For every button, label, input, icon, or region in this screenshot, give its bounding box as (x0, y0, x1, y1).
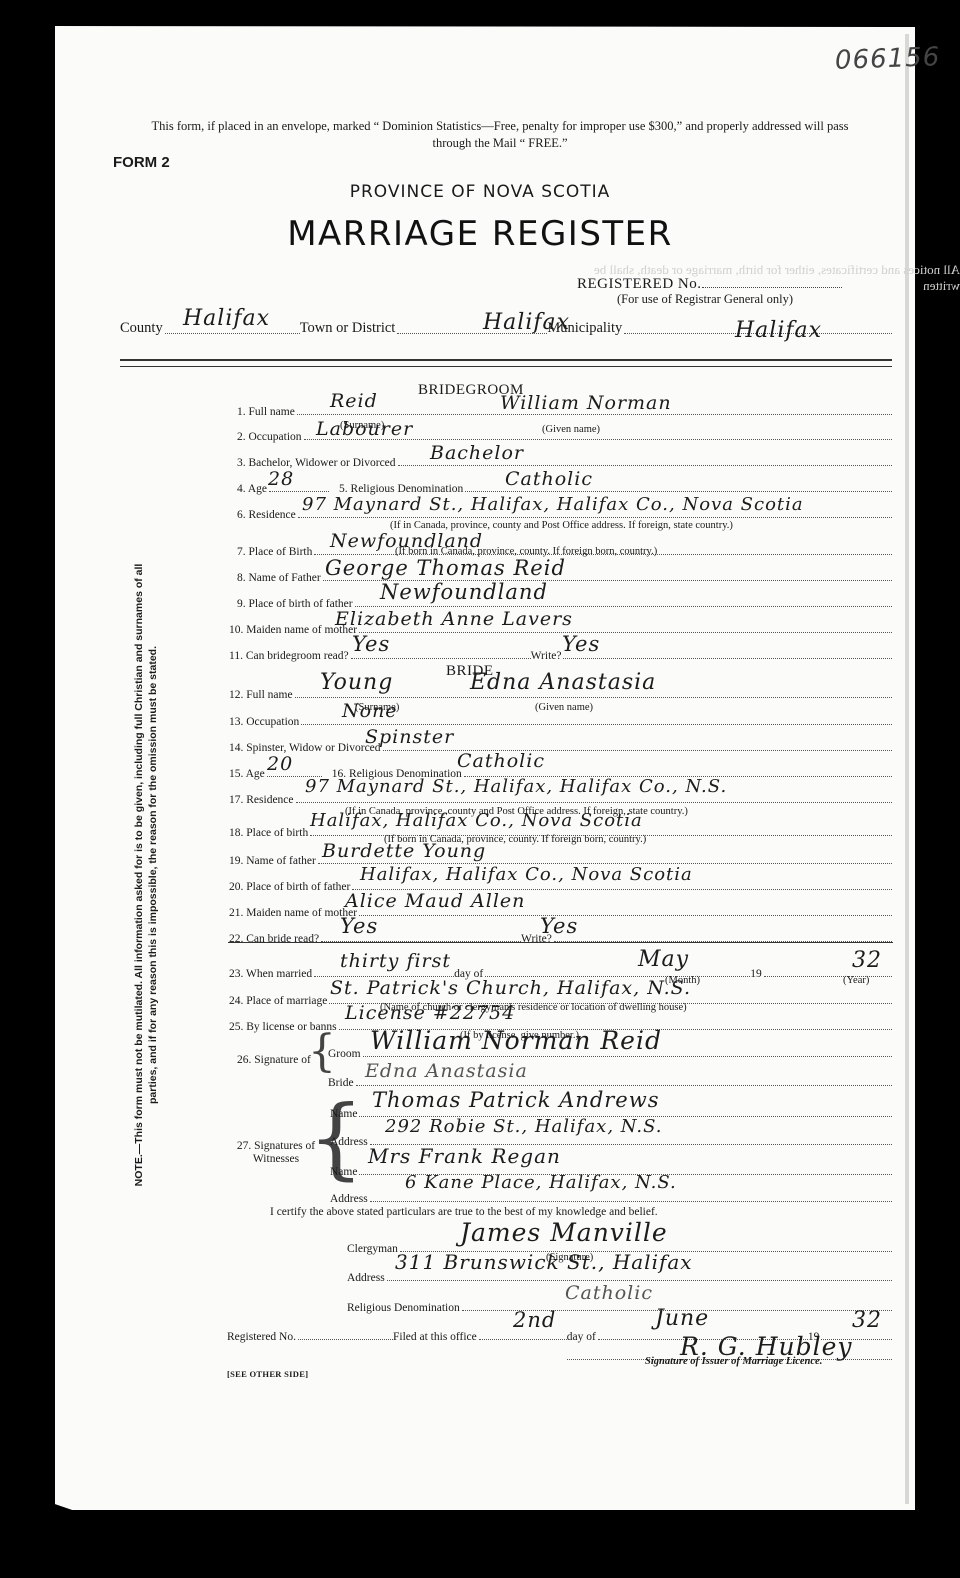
field-label: 15. Age (229, 768, 267, 780)
double-rule (120, 359, 892, 367)
clergyman-signature-value: James Manville (460, 1218, 668, 1247)
filed-day-blank[interactable] (479, 1338, 567, 1340)
groom-residence-blank[interactable] (298, 516, 892, 518)
place-of-marriage-value: St. Patrick's Church, Halifax, N.S. (330, 977, 691, 999)
bride-mother-blank[interactable] (359, 914, 892, 916)
registered-number-blank[interactable] (702, 287, 842, 288)
bride-marital-value: Spinster (365, 726, 454, 748)
groom-read-value: Yes (352, 632, 390, 656)
registered-no-blank[interactable] (298, 1338, 393, 1340)
groom-label: Groom (328, 1048, 363, 1060)
page-edge (905, 34, 909, 1504)
bride-surname-value: Young (320, 670, 393, 695)
field-label: 20. Place of birth of father (229, 881, 352, 893)
address-label: Address (330, 1193, 370, 1205)
witness-1-name-value: Thomas Patrick Andrews (372, 1088, 659, 1112)
registered-no-label: Registered No. (227, 1331, 298, 1343)
groom-signature-value: William Norman Reid (370, 1026, 662, 1055)
bride-father-value: Burdette Young (322, 840, 486, 862)
groom-residence-value: 97 Maynard St., Halifax, Halifax Co., No… (302, 494, 804, 515)
field-label: 8. Name of Father (237, 572, 323, 584)
groom-religion-value: Catholic (505, 468, 593, 490)
clergyman-address-blank[interactable] (387, 1279, 892, 1281)
town-value: Halifax (483, 310, 570, 335)
year-blank[interactable] (764, 975, 892, 977)
town-label: Town or District (300, 320, 398, 337)
name-label: Name (330, 1166, 359, 1178)
field-label: 22. Can bride read? (229, 933, 321, 945)
groom-occupation-value: Labourer (316, 418, 413, 440)
bride-occupation-row: 13. Occupation (229, 716, 892, 728)
clergyman-religion-value: Catholic (565, 1282, 653, 1304)
field-label: 12. Full name (229, 689, 295, 701)
marriage-day-value: thirty first (340, 950, 451, 972)
groom-father-birthplace-blank[interactable] (355, 605, 892, 607)
filed-year-value: 32 (852, 1308, 882, 1333)
filed-day-value: 2nd (513, 1308, 556, 1332)
bride-birthplace-value: Halifax, Halifax Co., Nova Scotia (310, 810, 643, 831)
field-label: 14. Spinster, Widow or Divorced (229, 742, 383, 754)
filed-label: Filed at this office (393, 1331, 479, 1343)
marriage-year-value: 32 (852, 948, 882, 973)
county-value: Halifax (183, 306, 270, 331)
field-label: 4. Age (237, 483, 269, 495)
bride-religion-value: Catholic (457, 750, 545, 772)
witness-2-address-value: 6 Kane Place, Halifax, N.S. (405, 1172, 677, 1193)
county-label: County (120, 320, 165, 337)
witnesses-label: 27. Signatures of Witnesses (236, 1140, 316, 1166)
see-other-side-note: [SEE OTHER SIDE] (227, 1369, 308, 1379)
section-rule (228, 942, 893, 943)
bride-occupation-value: None (342, 700, 398, 722)
witness-2-name-value: Mrs Frank Regan (368, 1144, 561, 1168)
clergyman-label: Clergyman (347, 1243, 400, 1255)
bride-residence-blank[interactable] (296, 801, 892, 803)
bride-age-value: 20 (267, 753, 293, 775)
groom-write-value: Yes (562, 632, 600, 656)
groom-write-blank[interactable] (563, 657, 892, 659)
field-label: 17. Residence (229, 794, 296, 806)
groom-marital-value: Bachelor (430, 442, 524, 464)
witness-2-address-row: Address (330, 1193, 892, 1205)
side-note: NOTE.—This form must not be mutilated. A… (132, 560, 160, 1190)
marriage-month-value: May (638, 947, 689, 972)
witness-2-address-blank[interactable] (370, 1200, 892, 1202)
field-label: 6. Residence (237, 509, 298, 521)
field-label: 19. Name of father (229, 855, 318, 867)
registered-number-label: REGISTERED No. (577, 276, 702, 292)
groom-father-value: George Thomas Reid (325, 556, 566, 580)
province-heading: PROVINCE OF NOVA SCOTIA (0, 182, 960, 202)
groom-religion-blank[interactable] (465, 490, 892, 492)
bride-marital-row: 14. Spinster, Widow or Divorced (229, 742, 892, 754)
year-prefix: 19 (750, 968, 764, 980)
registered-number-field: REGISTERED No. (577, 276, 842, 293)
groom-age-value: 28 (268, 468, 294, 490)
bride-mother-value: Alice Maud Allen (345, 890, 525, 912)
groom-mother-blank[interactable] (359, 631, 892, 633)
groom-given-name-value: William Norman (500, 392, 672, 414)
religion-label: Religious Denomination (347, 1302, 462, 1314)
bride-write-value: Yes (540, 914, 578, 938)
document-title: MARRIAGE REGISTER (0, 214, 960, 254)
field-label: 13. Occupation (229, 716, 301, 728)
bride-occupation-blank[interactable] (301, 723, 892, 725)
field-label: 24. Place of marriage (229, 995, 329, 1007)
bride-read-value: Yes (340, 914, 378, 938)
address-label: Address (347, 1272, 387, 1284)
field-label: Write? (531, 650, 564, 662)
groom-age-blank[interactable] (269, 490, 329, 492)
bride-residence-value: 97 Maynard St., Halifax, Halifax Co., N.… (305, 776, 727, 797)
groom-signature-blank[interactable] (363, 1055, 892, 1057)
field-label: 3. Bachelor, Widower or Divorced (237, 457, 398, 469)
bride-given-name-value: Edna Anastasia (470, 670, 656, 695)
field-label: 7. Place of Birth (237, 546, 314, 558)
bride-signature-value: Edna Anastasia (365, 1060, 528, 1082)
county-blank[interactable] (165, 332, 300, 334)
municipality-value: Halifax (735, 318, 822, 343)
certification-statement: I certify the above stated particulars a… (270, 1206, 658, 1218)
given-name-hint: (Given name) (535, 702, 593, 713)
name-label: Name (330, 1108, 359, 1120)
groom-mother-value: Elizabeth Anne Lavers (335, 608, 573, 630)
page-id-number: 066156 (835, 42, 941, 76)
license-value: License #22754 (345, 1002, 515, 1024)
year-hint: (Year) (843, 975, 869, 986)
filed-month-value: June (655, 1306, 709, 1331)
groom-surname-value: Reid (330, 390, 378, 412)
groom-marital-blank[interactable] (398, 464, 892, 466)
mail-notice: This form, if placed in an envelope, mar… (150, 118, 850, 152)
issuer-signature-label: Signature of Issuer of Marriage Licence. (645, 1356, 822, 1367)
groom-literacy-row: 11. Can bridegroom read? Write? (229, 650, 892, 662)
field-label: 1. Full name (237, 406, 297, 418)
bride-father-birthplace-value: Halifax, Halifax Co., Nova Scotia (360, 864, 693, 885)
form-number: FORM 2 (113, 154, 170, 171)
bride-signature-blank[interactable] (356, 1084, 892, 1086)
registered-number-note: (For use of Registrar General only) (617, 292, 793, 307)
groom-father-birthplace-value: Newfoundland (380, 580, 548, 604)
field-label: 11. Can bridegroom read? (229, 650, 351, 662)
field-label: 23. When married (229, 968, 314, 980)
side-note-text: NOTE.—This form must not be mutilated. A… (133, 564, 159, 1187)
witness-1-address-value: 292 Robie St., Halifax, N.S. (385, 1116, 663, 1137)
bride-full-name-blank[interactable] (295, 696, 892, 698)
address-label: Address (330, 1136, 370, 1148)
field-label: 18. Place of birth (229, 827, 310, 839)
clergyman-address-value: 311 Brunswick St., Halifax (395, 1250, 693, 1274)
signature-of-label: 26. Signature of (237, 1054, 311, 1066)
field-label: 2. Occupation (237, 431, 304, 443)
day-of-label: day of (567, 1331, 598, 1343)
groom-read-blank[interactable] (351, 657, 531, 659)
